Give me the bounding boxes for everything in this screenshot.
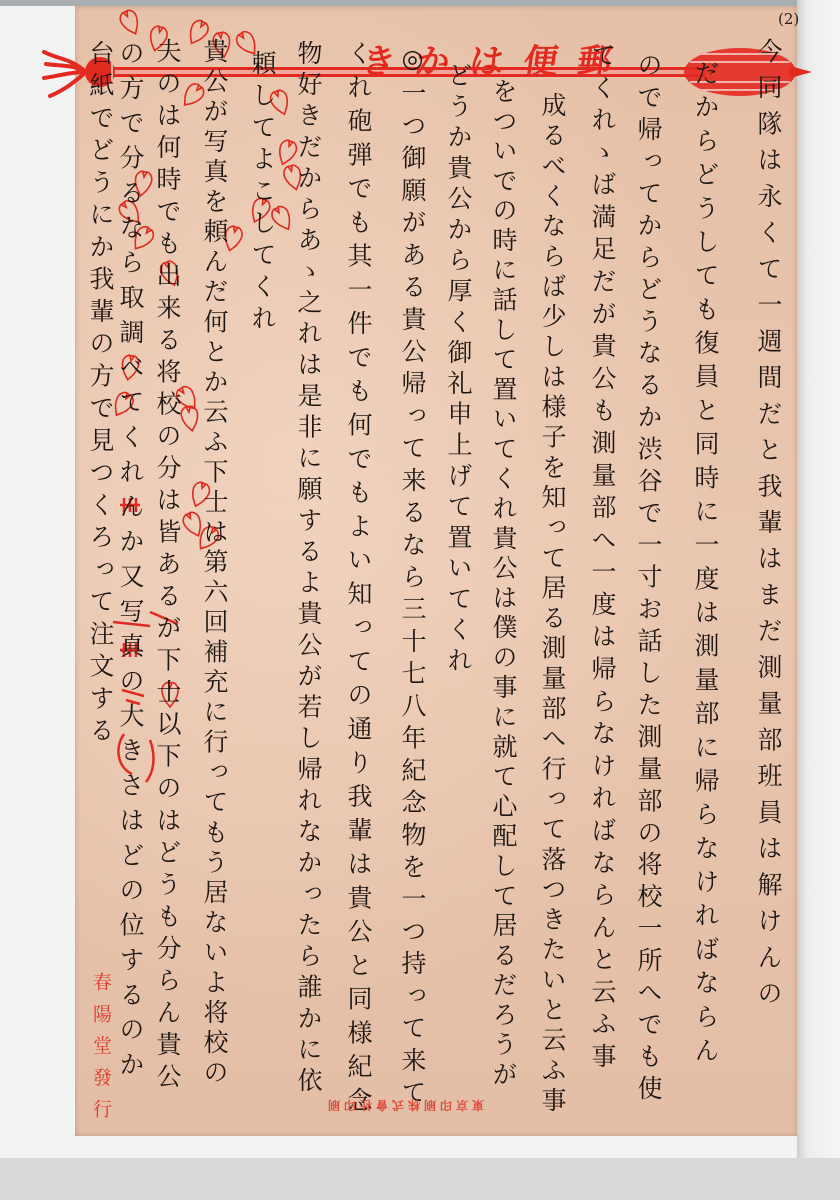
handwritten-column-1: 今同隊は永くて一週間だと我輩はまだ測量部班員は解けんの — [753, 38, 783, 1005]
handwritten-column-9: くれ砲弾でも其一件でも何でもよい知っての通り我輩は貴公と同様紀念 — [343, 40, 373, 1112]
handwritten-column-8: ◎一つ御願がある貴公帰って来るなら三十七八年紀念物を一つ持って来て — [397, 44, 427, 1104]
handwritten-column-6: をついでの時に話して置いてくれ貴公は僕の事に就て心配して居るだろうが — [488, 78, 518, 1086]
page-number: (2) — [778, 10, 799, 28]
handwritten-column-5: 成るべくならば少しは様子を知って居る測量部へ行って落つきたいと云ふ事 — [537, 92, 567, 1112]
handwritten-column-3: ので帰ってからどうなるか渋谷で一寸お話した測量部の将校一所へでも使 — [633, 52, 663, 1100]
handwritten-column-2: だからどうしても復員と同時に一度は測量部に帰らなければならん — [690, 60, 720, 1062]
header-char: 便 — [521, 34, 562, 83]
handwritten-column-10: 物好きだからあゝ之れは是非に願するよ貴公が若し帰れなかったら誰かに依 — [293, 40, 323, 1092]
scan-right-margin — [797, 0, 840, 1158]
handwritten-column-15: 台紙でどうにか我輩の方で見つくろって注文する — [85, 40, 115, 742]
handwritten-column-11: 頼してよこしてくれ — [247, 50, 277, 330]
scan-bottom-margin — [0, 1158, 840, 1200]
handwritten-column-4: てくれゝば満足だが貴公も測量部へ一度は帰らなければならんと云ふ事 — [587, 42, 617, 1068]
handwritten-column-14: の方で分るなら取調べてくれんか又写真の大きさはどの位するのか — [115, 40, 145, 1076]
postcard — [75, 6, 797, 1136]
handwritten-column-7: どうか貴公から厚く御礼申上げて置いてくれ — [443, 62, 473, 672]
handwritten-column-13: 夫のは何時でも出来る将校の分は皆あるが下士以下のはどうも分らん貴公 — [152, 38, 182, 1088]
publisher-imprint: 春陽堂發行 — [88, 972, 114, 1118]
handwritten-column-12: 貴公が写真を頼んだ何とか云ふ下士は第六回補充に行ってもう居ないよ将校の — [199, 38, 229, 1084]
printer-imprint: 東京印刷株式會社印刷 — [328, 1096, 484, 1114]
